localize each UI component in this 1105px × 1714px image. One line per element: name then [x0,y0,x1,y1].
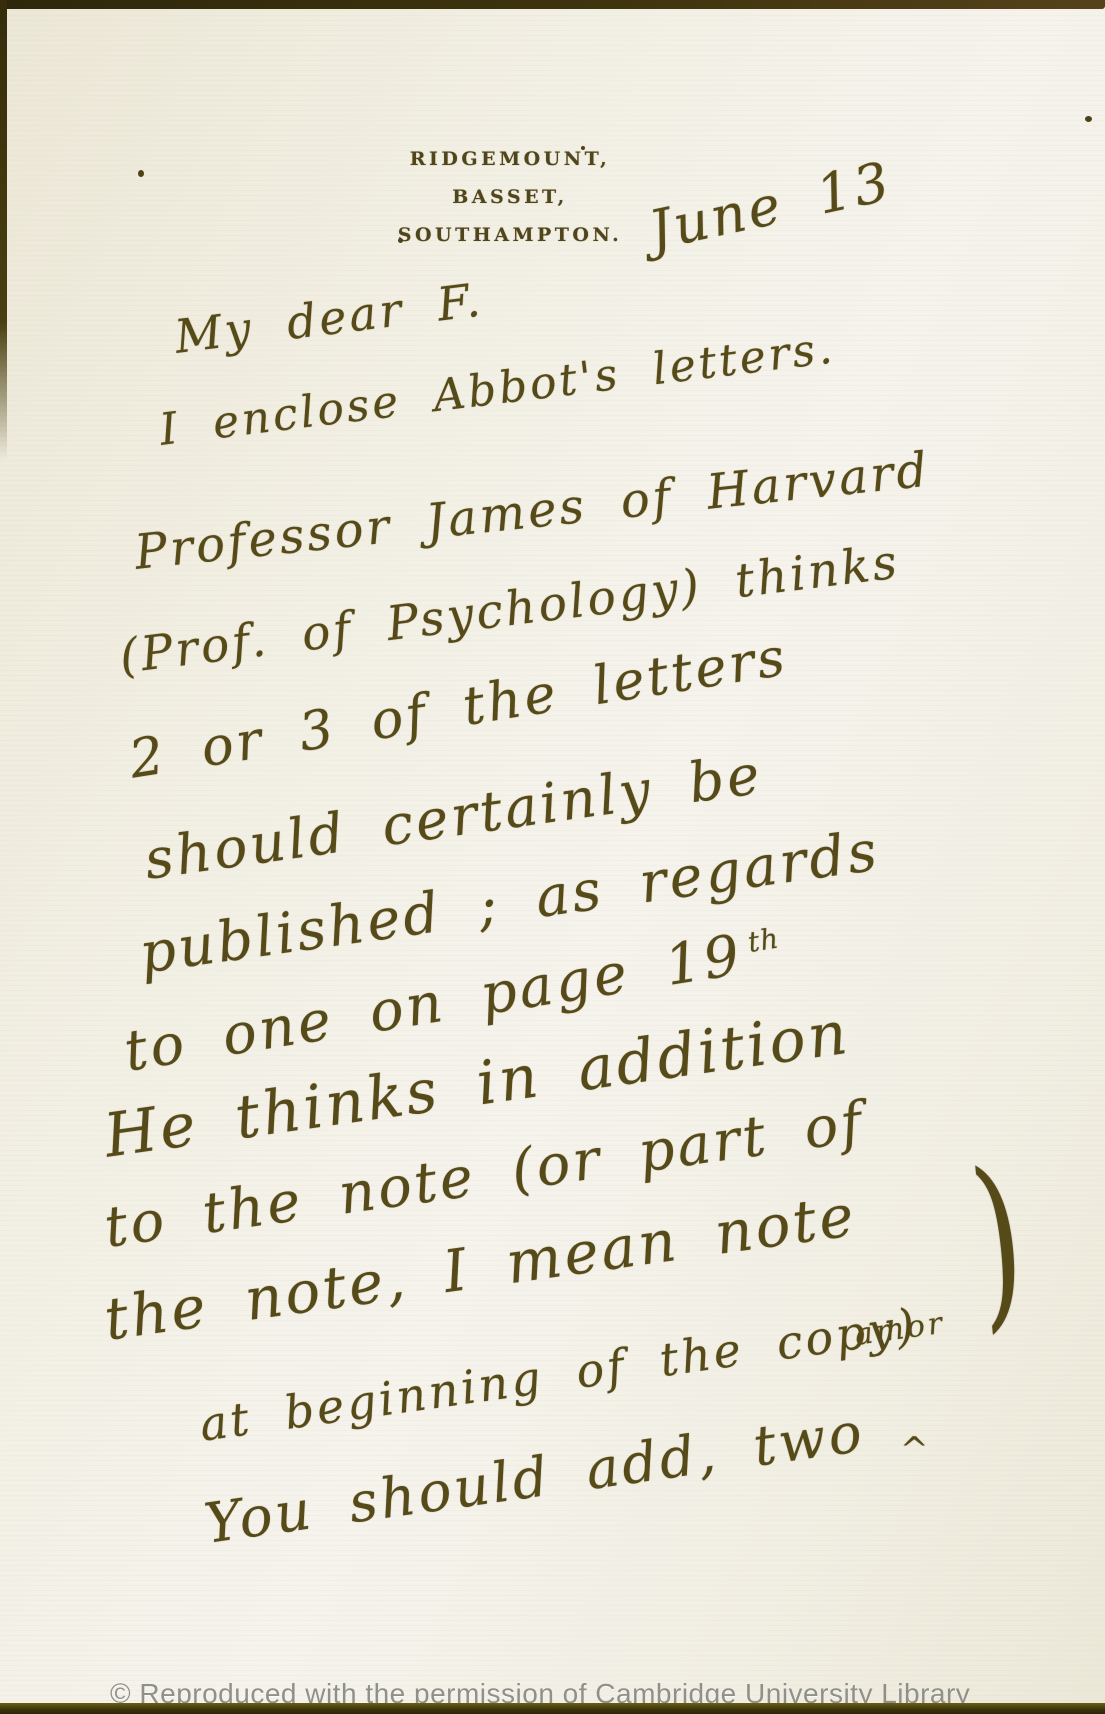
caret-mark: ^ [900,1430,932,1470]
letter-scan-page: RIDGEMOUNT, BASSET, SOUTHAMPTON. June 13… [0,0,1105,1714]
scan-border-bottom [0,1703,1105,1714]
brace-flourish: ) [964,1132,1036,1351]
letterhead-line-1: RIDGEMOUNT, [385,140,635,178]
scan-border-left [0,0,7,460]
letterhead: RIDGEMOUNT, BASSET, SOUTHAMPTON. [385,140,635,254]
ink-speck [138,170,144,177]
scan-border-top [0,0,1105,9]
ink-speck [1085,116,1092,122]
ink-speck [581,146,585,150]
letterhead-line-3: SOUTHAMPTON. [385,216,635,254]
ink-speck [398,238,403,243]
letterhead-line-2: BASSET, [385,178,635,216]
page-ref-superscript: th [746,922,782,959]
letter-date: June 13 [643,150,897,263]
handwritten-line-salutation: My dear F. [172,272,486,363]
